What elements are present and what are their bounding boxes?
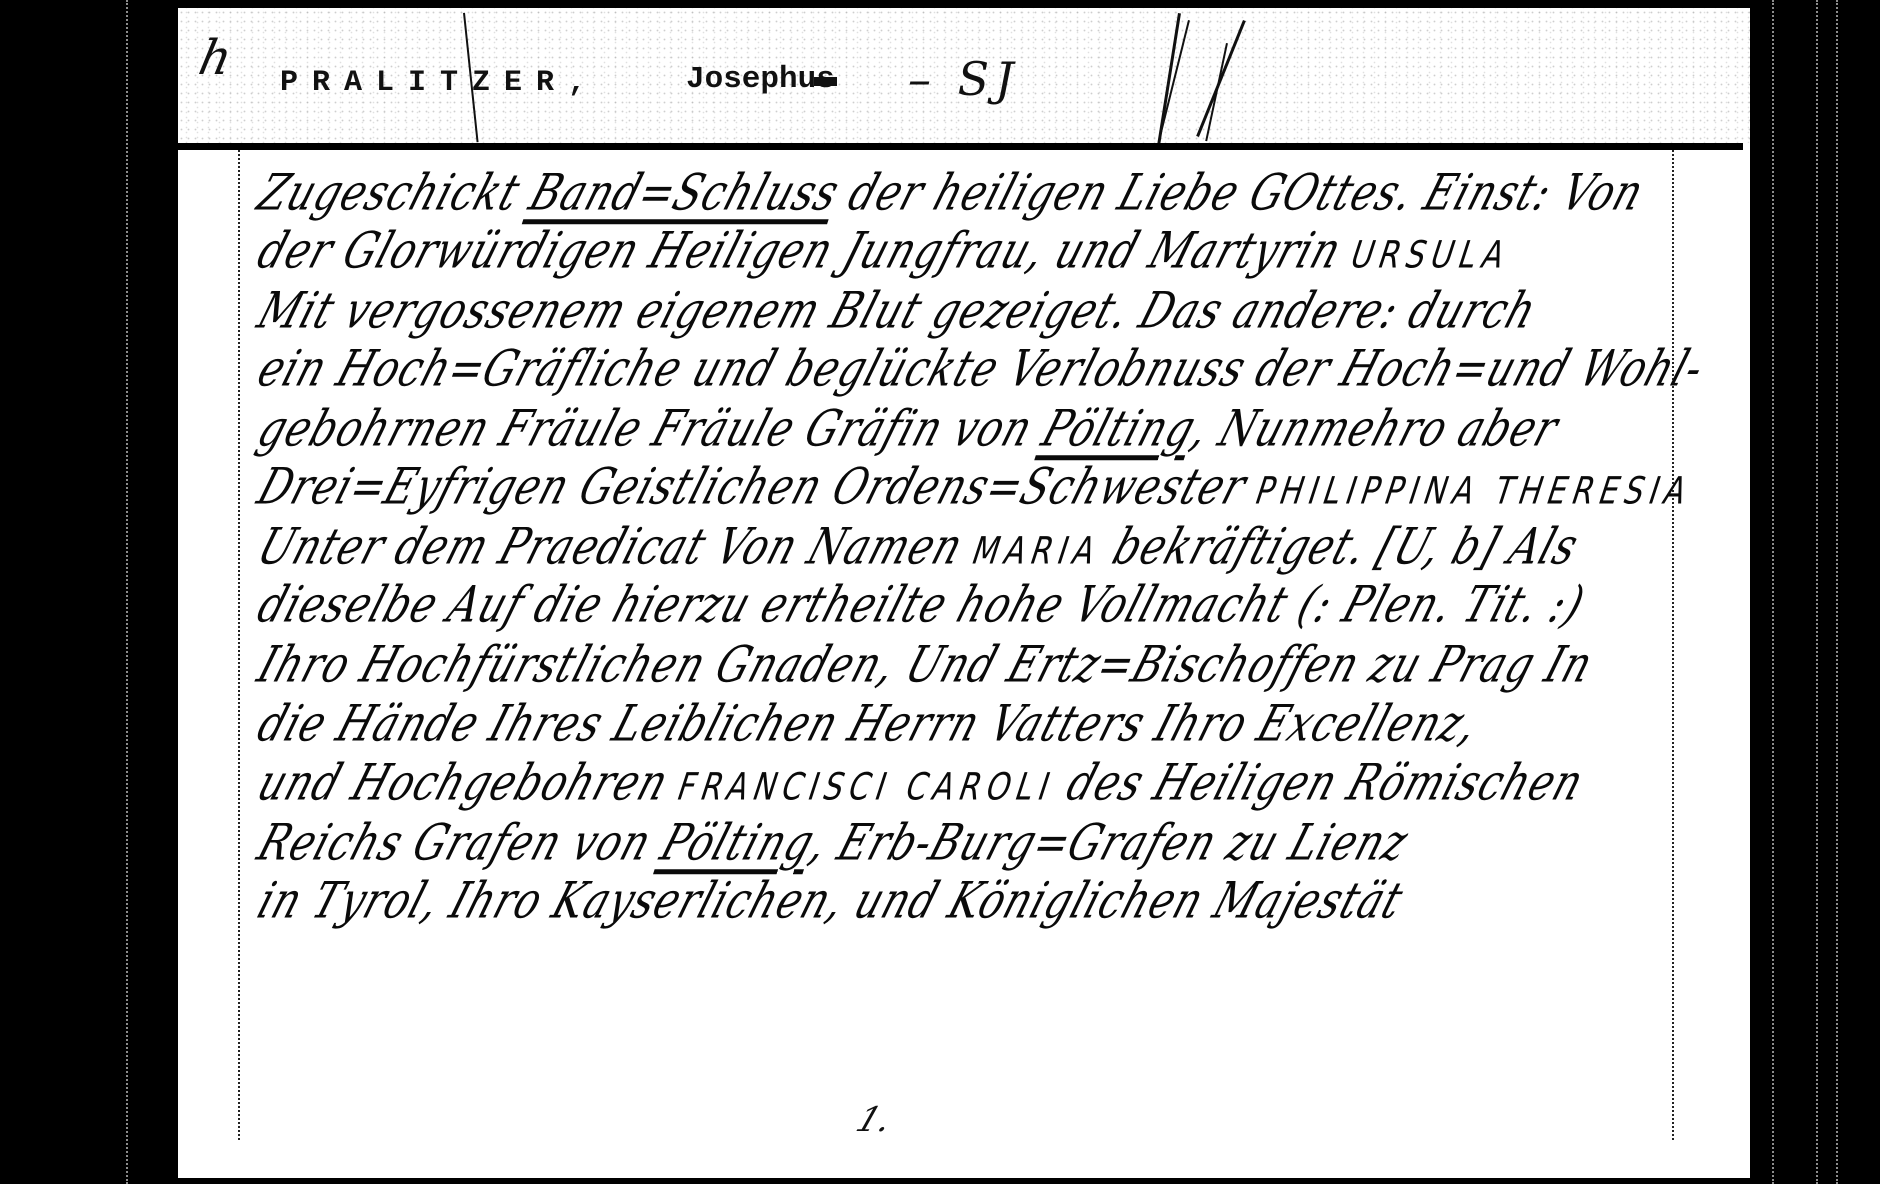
text-line: Unter dem Praedicat Von Namen MARIA bekr… bbox=[252, 522, 1584, 572]
line-segment: ein Hoch=Gräfliche und beglückte Verlobn… bbox=[251, 340, 1711, 398]
page-number: 1. bbox=[851, 1100, 898, 1140]
scan-border-line-right-2 bbox=[1816, 0, 1818, 1184]
line-segment: gebohrnen Fräule Fräule Gräfin von bbox=[251, 400, 1054, 458]
pen-stroke-mark bbox=[1205, 43, 1228, 141]
pen-stroke-mark bbox=[1196, 20, 1246, 137]
latin-name-text: MARIA bbox=[966, 530, 1107, 574]
text-line: Reichs Grafen von Pölting, Erb-Burg=Graf… bbox=[252, 818, 1414, 868]
text-line: Zugeschickt Band=Schluss der heiligen Li… bbox=[252, 168, 1650, 218]
line-segment: Unter dem Praedicat Von Namen bbox=[251, 518, 984, 576]
latin-name-text: FRANCISCI CAROLI bbox=[672, 766, 1062, 810]
right-margin-line bbox=[1672, 150, 1674, 1140]
latin-name-text: PHILIPPINA THERESIA bbox=[1250, 470, 1699, 514]
card-header: h PRALITZER, Josephus – SJ bbox=[178, 8, 1750, 143]
header-divider-rule bbox=[178, 143, 1743, 150]
text-line: Ihro Hochfürstlichen Gnaden, Und Ertz=Bi… bbox=[252, 640, 1599, 690]
line-segment: Zugeschickt bbox=[251, 164, 541, 222]
line-segment: Ihro Hochfürstlichen Gnaden, Und Ertz=Bi… bbox=[251, 636, 1600, 694]
underlined-text: Band=Schluss bbox=[523, 164, 847, 222]
given-name-typed: Josephus bbox=[686, 62, 835, 97]
line-segment: Mit vergossenem eigenem Blut gezeiget. D… bbox=[251, 282, 1544, 340]
text-line: in Tyrol, Ihro Kayserlichen, und Königli… bbox=[252, 876, 1409, 926]
text-line: dieselbe Auf die hierzu ertheilte hohe V… bbox=[252, 580, 1591, 630]
line-segment: dieselbe Auf die hierzu ertheilte hohe V… bbox=[251, 576, 1592, 634]
text-line: und Hochgebohren FRANCISCI CAROLI des He… bbox=[252, 758, 1590, 808]
line-segment: des Heiligen Römischen bbox=[1046, 754, 1591, 812]
left-margin-line bbox=[238, 150, 240, 1140]
surname-typed: PRALITZER, bbox=[280, 66, 600, 100]
line-segment: der heiligen Liebe GOttes. Einst: Von bbox=[828, 164, 1651, 222]
underlined-text: Pölting bbox=[654, 814, 822, 872]
handwritten-initial-mark: h bbox=[194, 30, 237, 86]
latin-name-text: URSULA bbox=[1345, 234, 1517, 278]
line-segment: und Hochgebohren bbox=[251, 754, 690, 812]
text-line: Mit vergossenem eigenem Blut gezeiget. D… bbox=[252, 286, 1543, 336]
scan-border-line-right-1 bbox=[1772, 0, 1774, 1184]
text-line: gebohrnen Fräule Fräule Gräfin von Pölti… bbox=[252, 404, 1564, 454]
line-segment: in Tyrol, Ihro Kayserlichen, und Königli… bbox=[251, 872, 1411, 930]
line-segment: der Glorwürdigen Heiligen Jungfrau, und … bbox=[251, 222, 1363, 280]
text-line: die Hände Ihres Leiblichen Herrn Vatters… bbox=[252, 699, 1484, 749]
line-segment: , Nunmehro aber bbox=[1184, 400, 1565, 458]
line-segment: Reichs Grafen von bbox=[251, 814, 673, 872]
line-segment: Drei=Eyfrigen Geistlichen Ordens=Schwest… bbox=[251, 458, 1268, 516]
religious-order-mark: – SJ bbox=[908, 52, 1020, 106]
scan-border-line-left bbox=[126, 0, 128, 1184]
scan-border-line-right-3 bbox=[1836, 0, 1838, 1184]
underlined-text: Pölting bbox=[1035, 400, 1203, 458]
line-segment: die Hände Ihres Leiblichen Herrn Vatters… bbox=[251, 695, 1486, 753]
text-line: Drei=Eyfrigen Geistlichen Ordens=Schwest… bbox=[252, 462, 1701, 512]
text-line: der Glorwürdigen Heiligen Jungfrau, und … bbox=[252, 226, 1519, 276]
overstruck-letter: s bbox=[816, 62, 835, 97]
line-segment: , Erb-Burg=Grafen zu Lienz bbox=[803, 814, 1415, 872]
index-card-page: h PRALITZER, Josephus – SJ Zugeschickt B… bbox=[178, 8, 1750, 1178]
line-segment: bekräftiget. [U, b] Als bbox=[1092, 518, 1586, 576]
text-line: ein Hoch=Gräfliche und beglückte Verlobn… bbox=[252, 344, 1710, 394]
